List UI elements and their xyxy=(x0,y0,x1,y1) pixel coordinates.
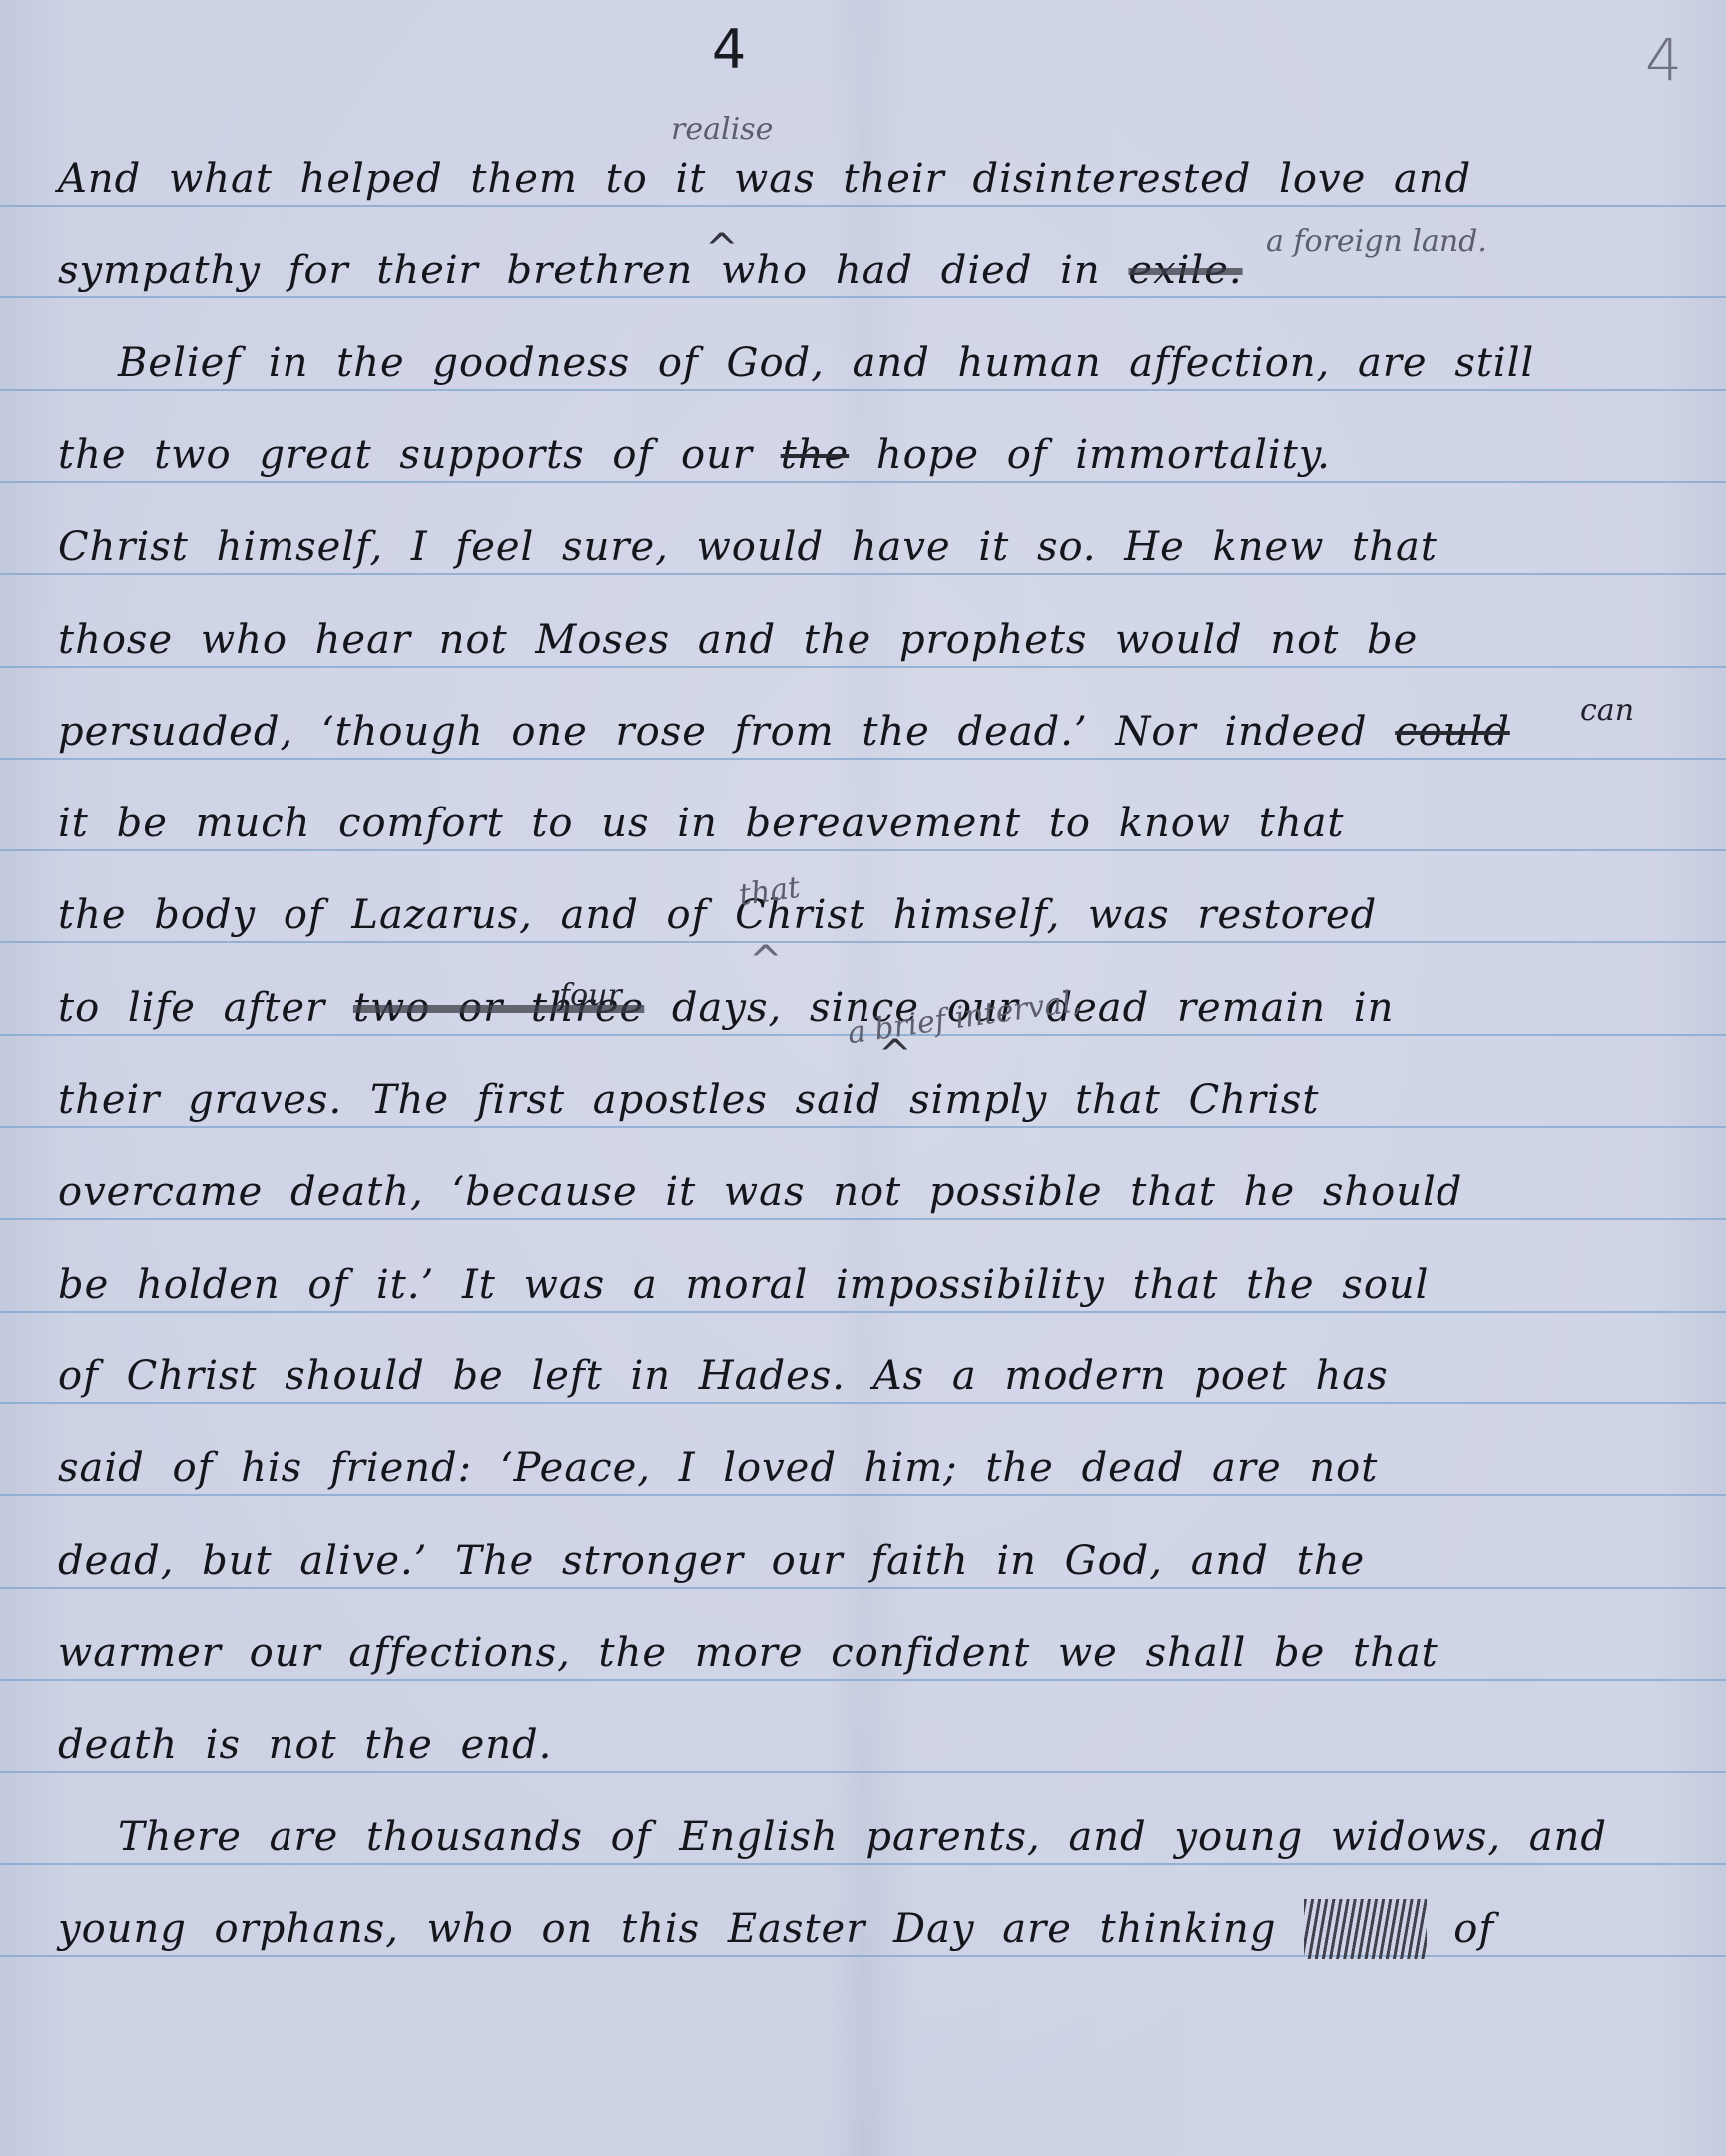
line-text: And what helped them to it was their dis… xyxy=(58,156,1471,202)
deleted-text: the xyxy=(781,432,850,478)
deleted-text: exile. xyxy=(1128,248,1242,293)
line-text: There are thousands of English parents, … xyxy=(118,1814,1607,1860)
manuscript-line: persuaded, ‘though one rose from the dea… xyxy=(58,702,1675,762)
line-text: their graves. The first apostles said si… xyxy=(58,1077,1319,1123)
line-text: sympathy for their brethren who had died… xyxy=(58,248,1128,293)
page-number-pencil: 4 xyxy=(1645,26,1682,94)
manuscript-line: dead, but alive.’ The stronger our faith… xyxy=(58,1531,1675,1591)
line-text: of xyxy=(1427,1906,1495,1952)
manuscript-line: it be much comfort to us in bereavement … xyxy=(58,794,1675,853)
insertion-four: four xyxy=(559,978,622,1013)
manuscript-line: overcame death, ‘because it was not poss… xyxy=(58,1162,1675,1222)
manuscript-line: those who hear not Moses and the prophet… xyxy=(58,610,1675,670)
deleted-text: could xyxy=(1395,709,1510,755)
manuscript-line: the two great supports of our the hope o… xyxy=(58,425,1675,485)
line-text: overcame death, ‘because it was not poss… xyxy=(58,1169,1462,1215)
line-text: young orphans, who on this Easter Day ar… xyxy=(58,1906,1304,1952)
manuscript-line: the body of Lazarus, and of Christ himse… xyxy=(58,885,1675,945)
page-number-ink: 4 xyxy=(699,18,759,81)
manuscript-line: And what helped them to it was their dis… xyxy=(58,149,1675,209)
caret-mark: ^ xyxy=(705,226,739,271)
line-text: of Christ should be left in Hades. As a … xyxy=(58,1353,1389,1399)
line-text: it be much comfort to us in bereavement … xyxy=(58,801,1345,846)
insertion-realise: realise xyxy=(671,112,773,147)
line-text: death is not the end. xyxy=(58,1722,552,1768)
line-text: said of his friend: ‘Peace, I loved him;… xyxy=(58,1445,1378,1491)
line-text: persuaded, ‘though one rose from the dea… xyxy=(58,709,1395,755)
line-text: Christ himself, I feel sure, would have … xyxy=(58,524,1438,570)
manuscript-line: death is not the end. xyxy=(58,1715,1675,1775)
manuscript-line: be holden of it.’ It was a moral impossi… xyxy=(58,1255,1675,1315)
manuscript-line: their graves. The first apostles said si… xyxy=(58,1070,1675,1130)
line-text: the two great supports of our xyxy=(58,432,781,478)
line-text: dead, but alive.’ The stronger our faith… xyxy=(58,1538,1365,1584)
manuscript-line: said of his friend: ‘Peace, I loved him;… xyxy=(58,1438,1675,1498)
insertion-a-foreign-land: a foreign land. xyxy=(1266,224,1487,259)
manuscript-line: Christ himself, I feel sure, would have … xyxy=(58,517,1675,577)
manuscript-line: There are thousands of English parents, … xyxy=(118,1807,1726,1867)
line-text: the body of Lazarus, and of Christ himse… xyxy=(58,892,1377,938)
line-text: those who hear not Moses and the prophet… xyxy=(58,617,1418,663)
line-text: Belief in the goodness of God, and human… xyxy=(118,340,1534,386)
manuscript-line: young orphans, who on this Easter Day ar… xyxy=(58,1899,1675,1959)
caret-mark: ^ xyxy=(878,1032,912,1078)
line-text: be holden of it.’ It was a moral impossi… xyxy=(58,1262,1429,1308)
insertion-can: can xyxy=(1580,693,1634,728)
manuscript-page: 4 4 And what helped them to it was their… xyxy=(0,0,1726,2156)
line-text: warmer our affections, the more confiden… xyxy=(58,1630,1438,1676)
manuscript-line: warmer our affections, the more confiden… xyxy=(58,1623,1675,1683)
manuscript-line: Belief in the goodness of God, and human… xyxy=(118,333,1726,393)
caret-mark: ^ xyxy=(749,938,783,984)
manuscript-line: of Christ should be left in Hades. As a … xyxy=(58,1347,1675,1406)
scribbled-out-text: sadly xyxy=(1304,1899,1426,1959)
line-text: hope of immortality. xyxy=(849,432,1331,478)
line-text: to life after xyxy=(58,985,353,1031)
